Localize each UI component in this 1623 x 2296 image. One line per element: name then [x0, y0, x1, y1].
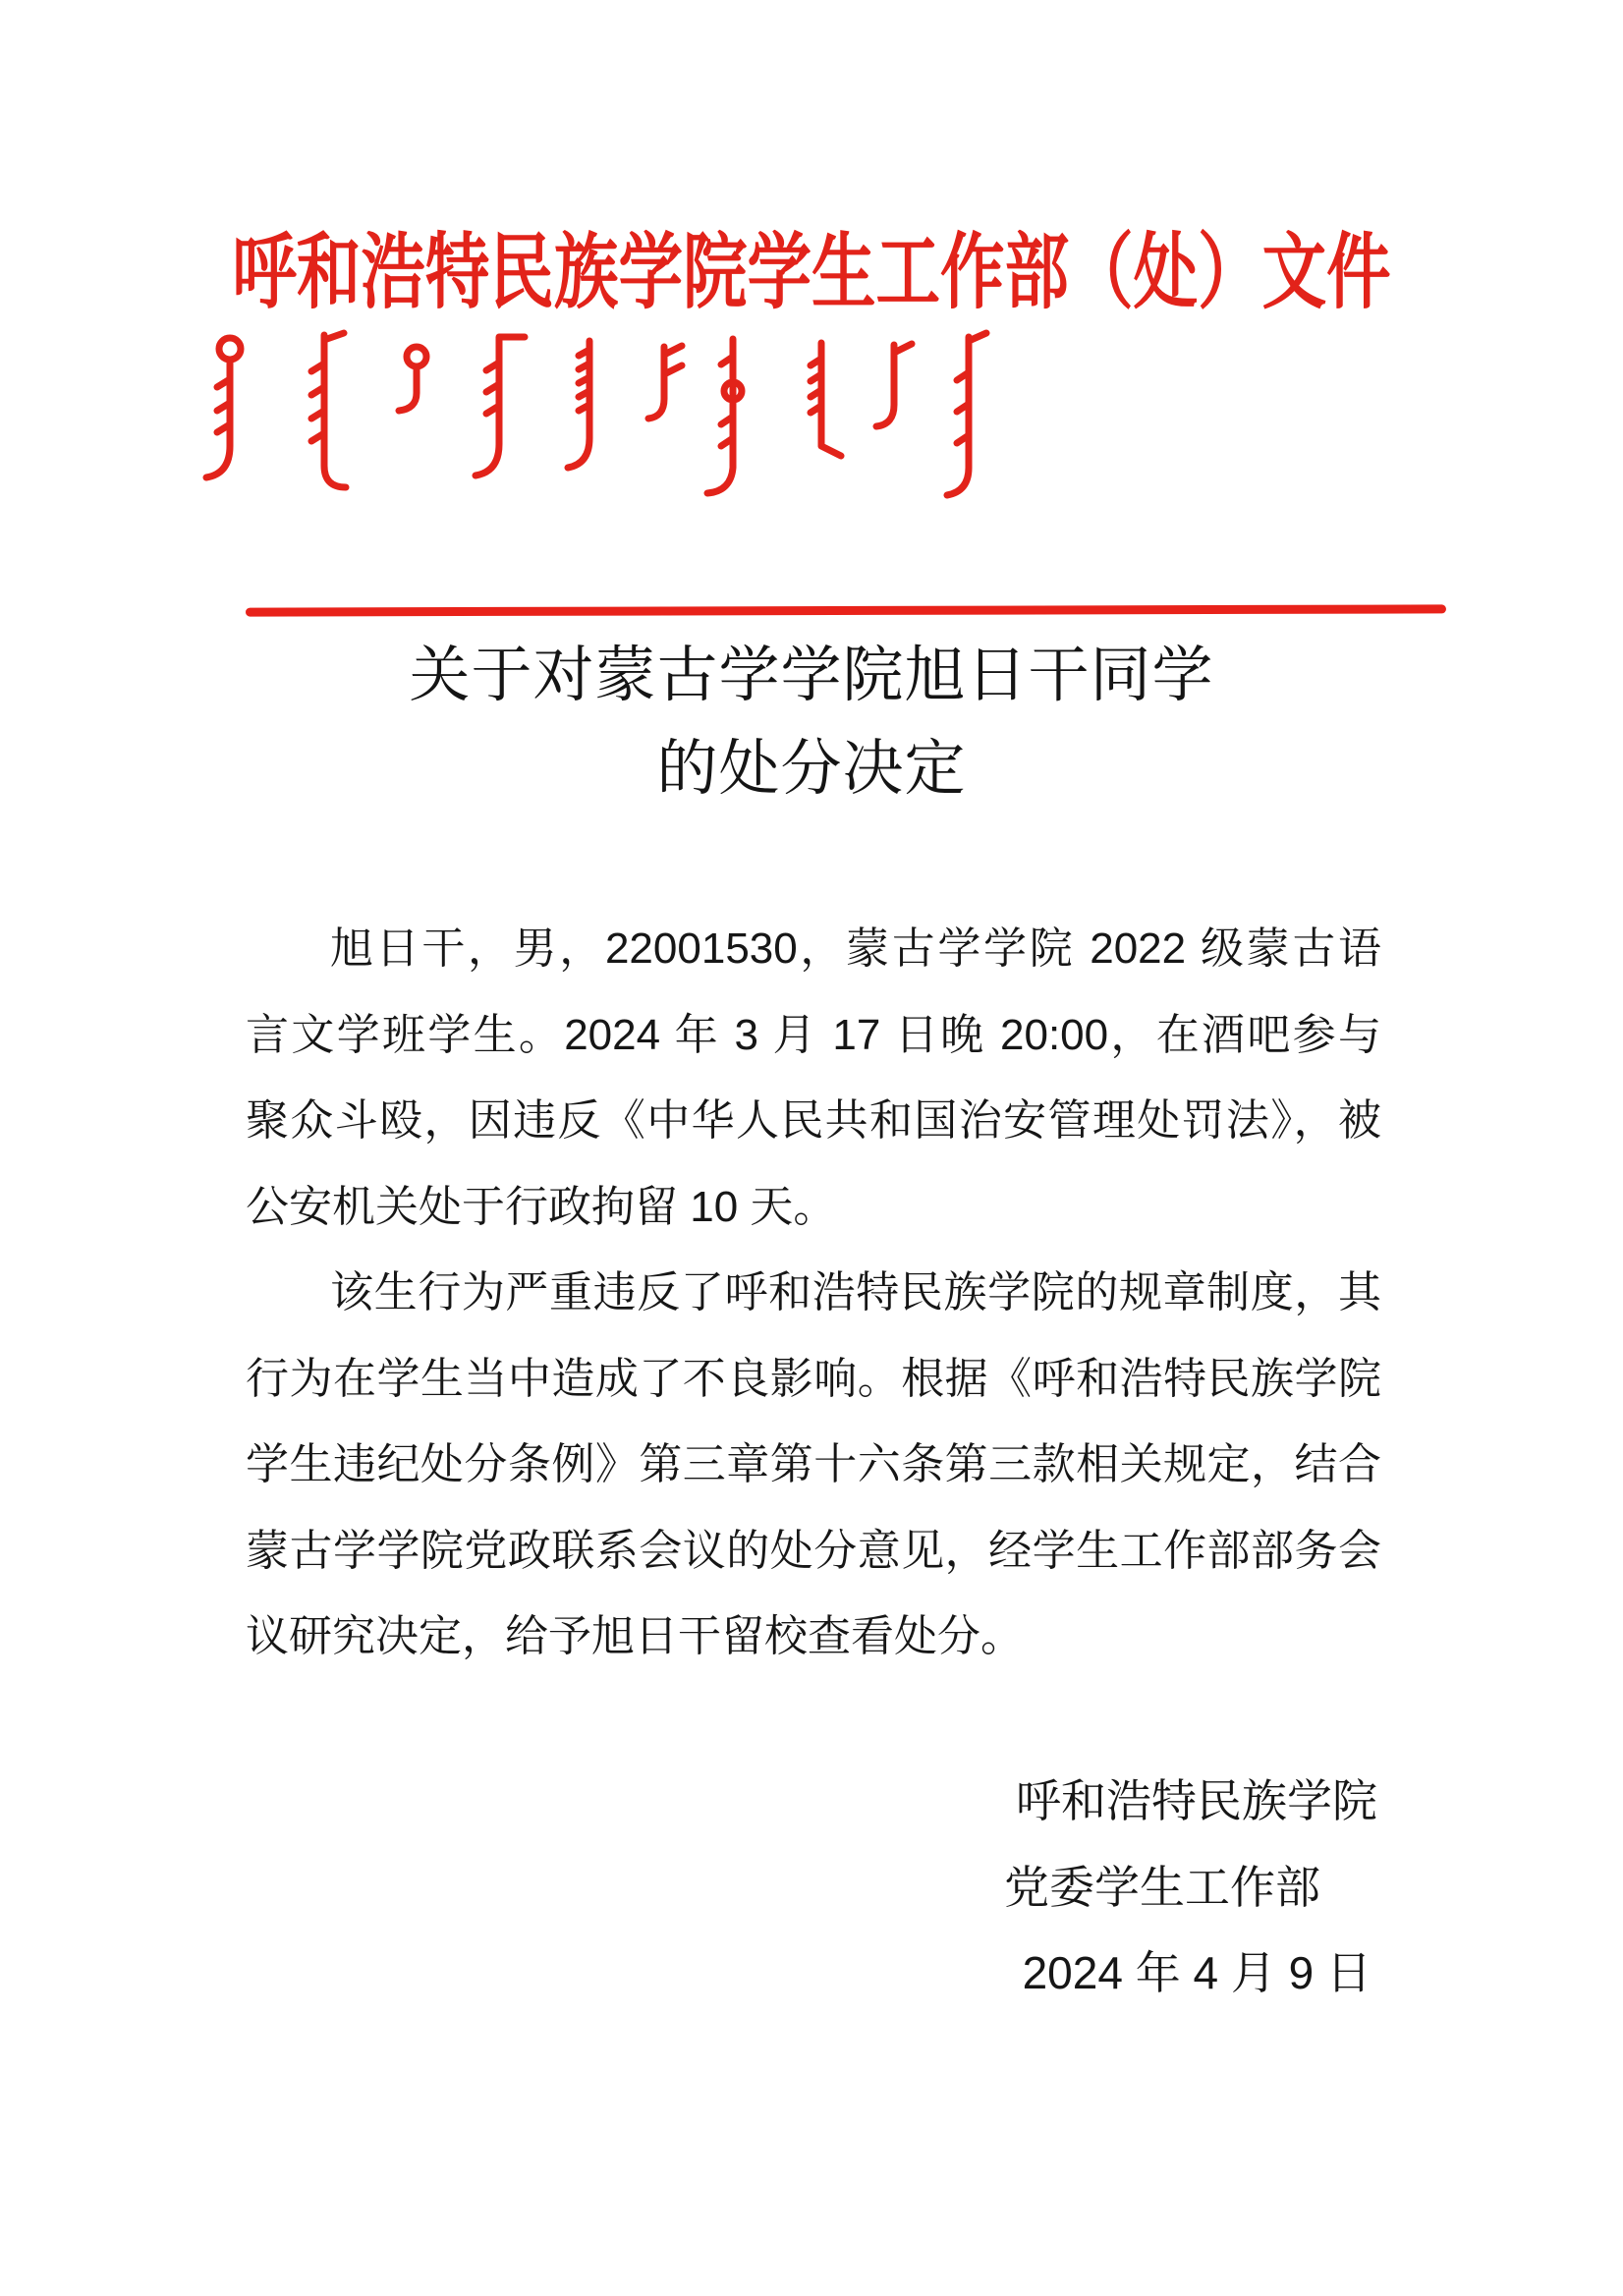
body-paragraph-2: 该生行为严重违反了呼和浩特民族学院的规章制度，其 行为在学生当中造成了不良影响。… [246, 1250, 1381, 1680]
body-line: 学生违纪处分条例》第三章第十六条第三款相关规定，结合 [246, 1422, 1381, 1508]
red-header-title-text: 呼和浩特民族学院学生工作部（处）文件 [232, 220, 1390, 328]
body-line: 该生行为严重违反了呼和浩特民族学院的规章制度，其 [246, 1250, 1381, 1336]
body-line: 言文学班学生。2024 年 3 月 17 日晚 20:00，在酒吧参与 [246, 992, 1381, 1079]
document-title-line-2: 的处分决定 [0, 722, 1623, 815]
body-line: 蒙古学学院党政联系会议的处分意见，经学生工作部部务会 [246, 1508, 1381, 1595]
body-line: 议研究决定，给予旭日干留校查看处分。 [246, 1594, 1381, 1680]
red-header-title: 呼和浩特民族学院学生工作部（处）文件 [0, 220, 1623, 328]
red-divider-line [246, 604, 1446, 616]
document-title: 关于对蒙古学学院旭日干同学 的处分决定 [0, 629, 1623, 815]
document-body: 旭日干，男，22001530，蒙古学学院 2022 级蒙古语 言文学班学生。20… [246, 906, 1381, 1680]
body-paragraph-1: 旭日干，男，22001530，蒙古学学院 2022 级蒙古语 言文学班学生。20… [246, 906, 1381, 1250]
mongolian-script-line [195, 328, 990, 501]
body-line: 聚众斗殴，因违反《中华人民共和国治安管理处罚法》，被 [246, 1078, 1381, 1164]
signature-department: 党委学生工作部 [246, 1845, 1320, 1932]
signature-block: 呼和浩特民族学院 党委学生工作部 2024 年 4 月 9 日 [246, 1759, 1381, 2017]
body-line: 行为在学生当中造成了不良影响。根据《呼和浩特民族学院 [246, 1336, 1381, 1423]
body-line: 公安机关处于行政拘留 10 天。 [246, 1164, 1381, 1251]
body-line: 旭日干，男，22001530，蒙古学学院 2022 级蒙古语 [246, 906, 1381, 992]
document-title-line-1: 关于对蒙古学学院旭日干同学 [0, 629, 1623, 722]
signature-date: 2024 年 4 月 9 日 [246, 1931, 1371, 2017]
signature-org-name: 呼和浩特民族学院 [246, 1759, 1377, 1845]
document-page: 呼和浩特民族学院学生工作部（处）文件 [0, 0, 1623, 2296]
